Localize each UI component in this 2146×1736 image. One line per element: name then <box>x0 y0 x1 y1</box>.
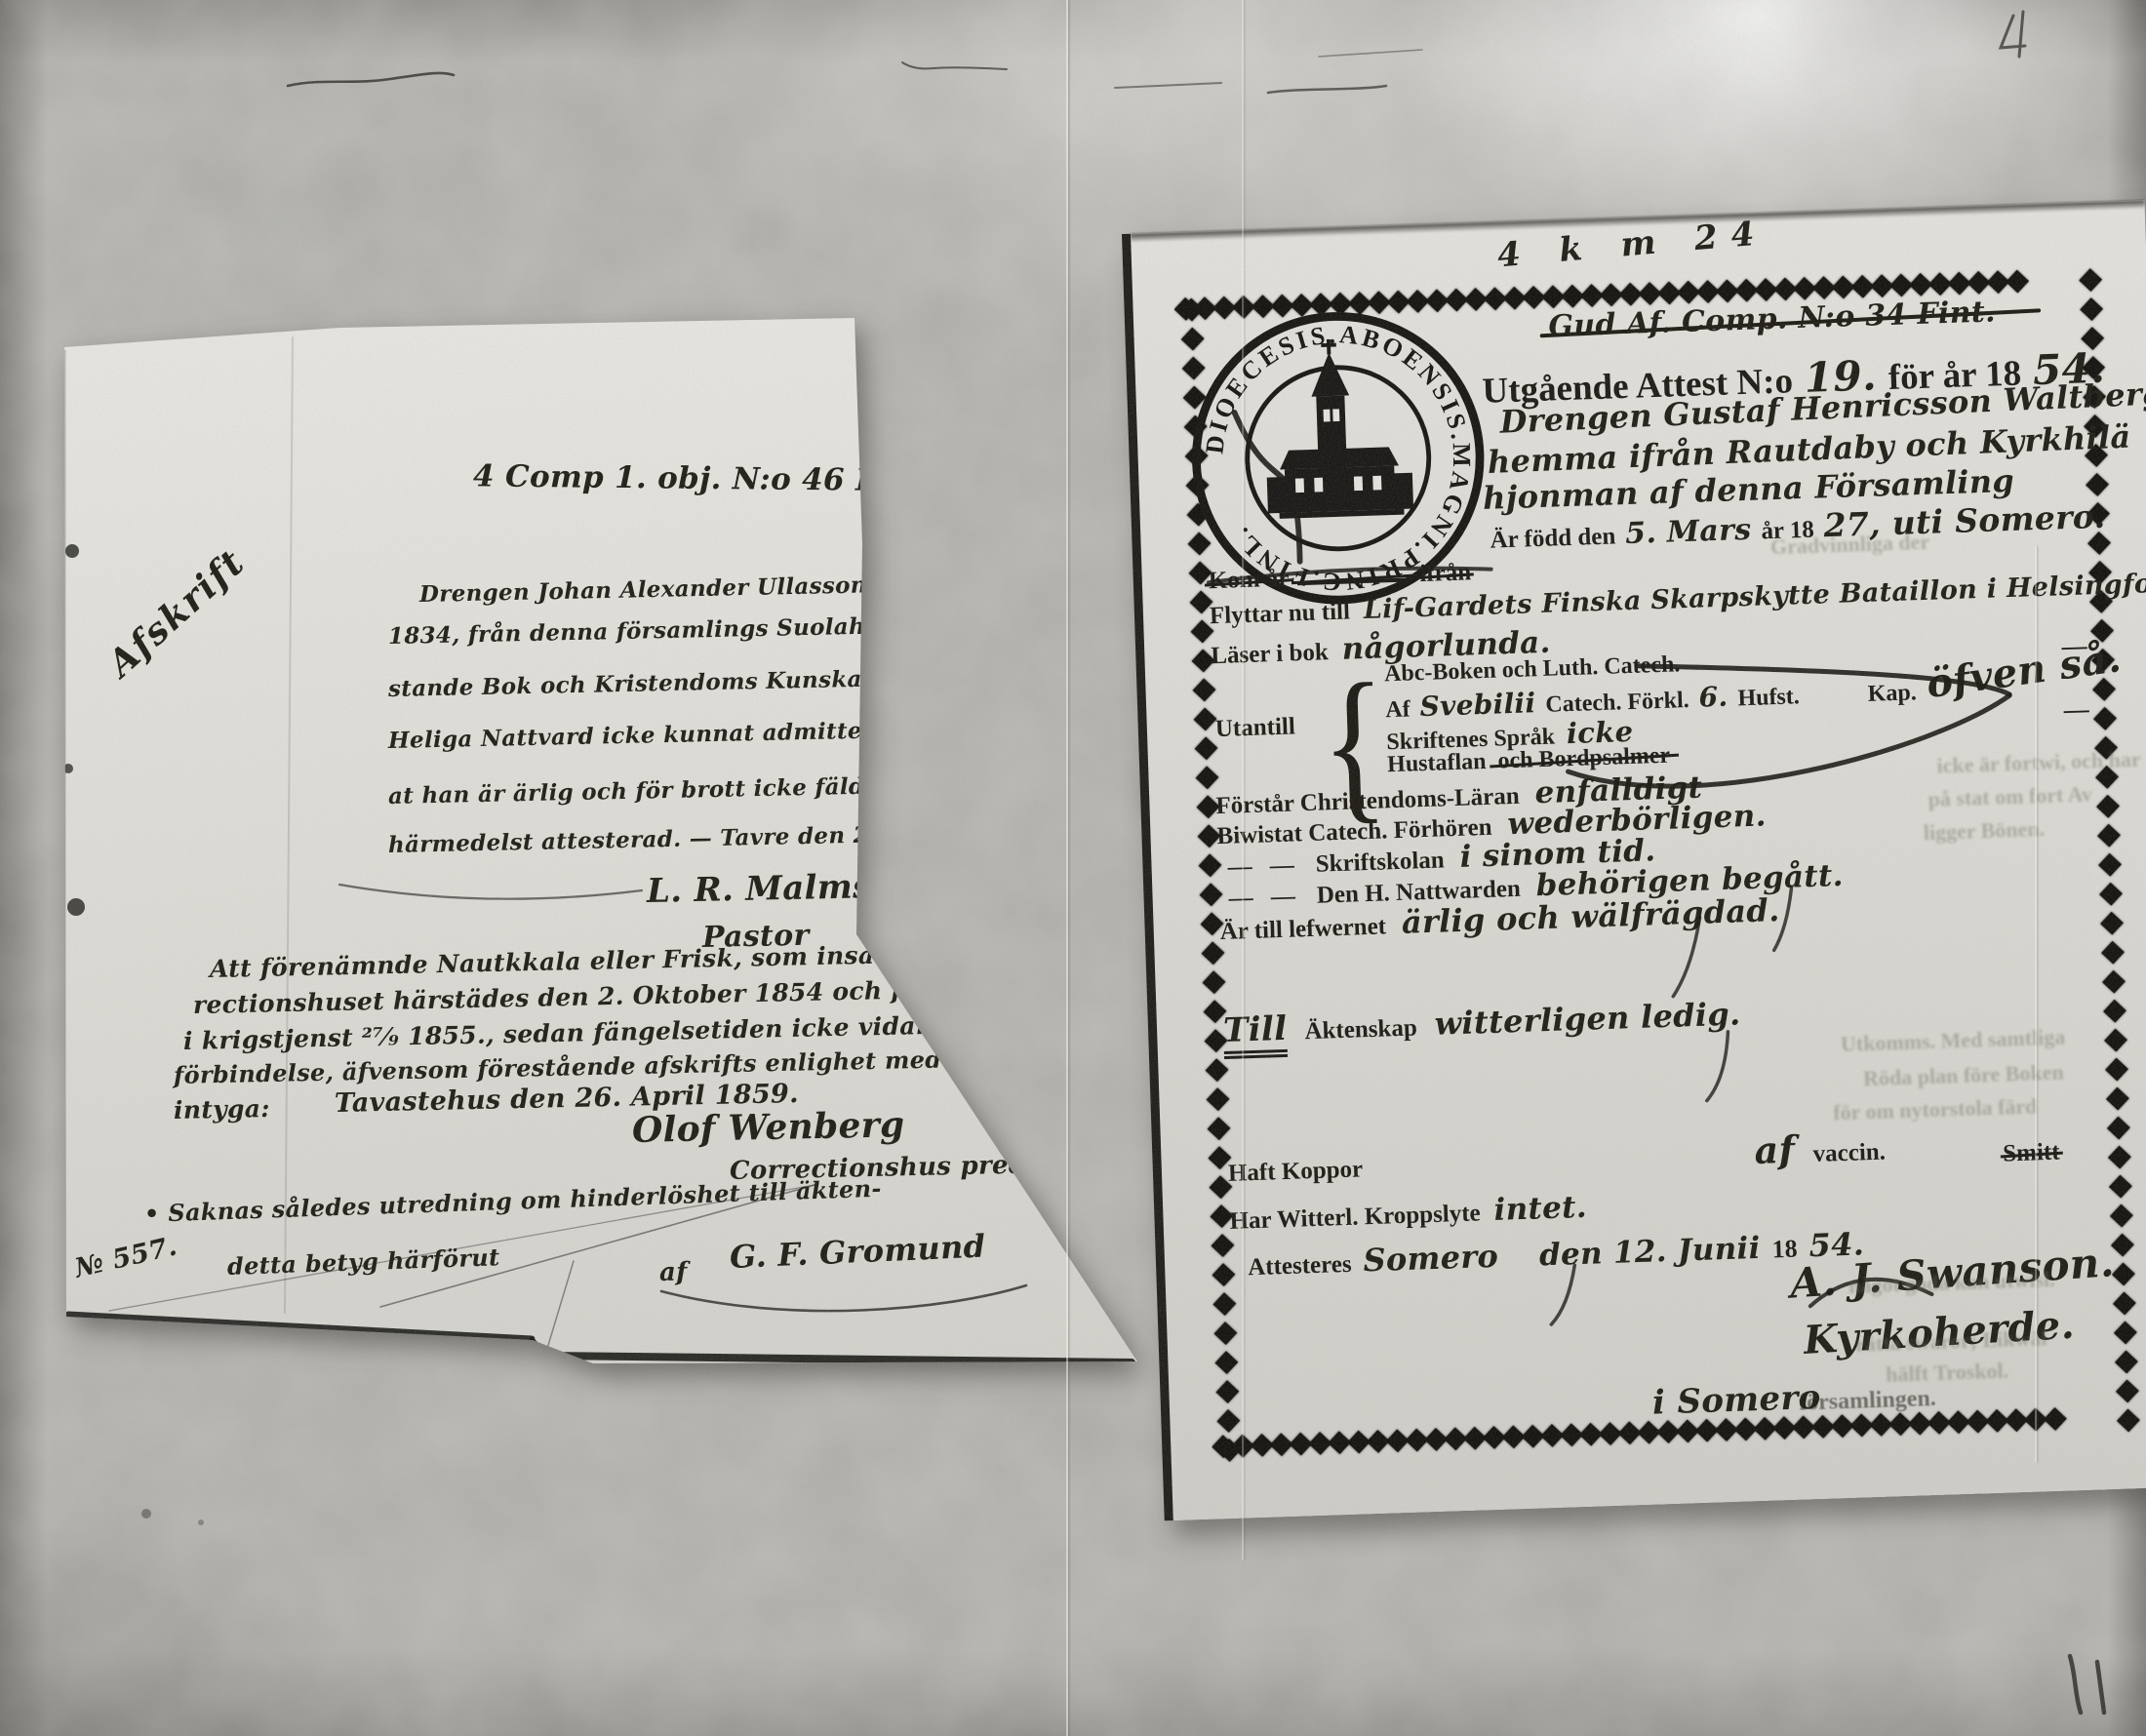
item4-struck-bordpsalmer: och Bordpsalmer <box>1497 743 1670 775</box>
bleed-through-text: för om nytorstola färd <box>1833 1093 2038 1125</box>
left-document-wrapper: 4 Comp 1. obj. N:o 46 Fr.Sk. Afskrift Dr… <box>47 310 1144 1388</box>
margin-dash: — <box>2061 631 2087 661</box>
left-corner-note: 4 Comp 1. obj. N:o 46 Fr.Sk. <box>473 458 956 498</box>
left-body2-line: Att förenämnde Nautkkala eller Frisk, so… <box>210 938 1014 983</box>
left-signature-1: L. R. Malmsten <box>647 866 934 911</box>
utantill-label: Utantill <box>1214 713 1295 743</box>
left-body1-line: stande Bok och Kristendoms Kunskap till … <box>388 662 1037 702</box>
attest-date-row: Attesteres Somero den 12. Junii 18 54. <box>1247 1225 1864 1282</box>
item2-handwritten-svebilii: Svebilii <box>1419 687 1536 723</box>
left-margin-label: Afskrift <box>99 540 253 685</box>
right-document: ◆◆◆◆◆◆◆◆◆◆◆◆◆◆◆◆◆◆◆◆◆◆◆◆◆◆◆◆◆◆◆◆◆◆◆◆◆◆◆◆… <box>1122 200 2146 1520</box>
blank-rule <box>1296 573 1411 585</box>
koppor-printed-vaccin: vaccin. <box>1812 1139 1886 1168</box>
item2-printed-catech: Catech. Förkl. <box>1545 688 1689 719</box>
margin-dash: — <box>2063 694 2089 725</box>
parish-handwritten: i Somero <box>1651 1378 1821 1423</box>
bleed-through-text: Utkomms. Med samtliga <box>1841 1024 2066 1057</box>
bleed-through-text: ligger Bönen. <box>1923 816 2045 846</box>
item2-printed-hufst: Hufst. <box>1737 684 1800 712</box>
left-body2-intyga: intyga: <box>174 1094 270 1124</box>
kroppslyte-row: Har Witterl. Kroppslyte intet. <box>1229 1190 1587 1237</box>
left-margin-number: № 557. <box>72 1231 180 1283</box>
attesteres-printed: Attesteres <box>1248 1251 1352 1282</box>
left-footnote-line2: detta betyg härförut <box>226 1243 499 1281</box>
ifran-printed: ifrån <box>1419 559 1472 588</box>
born-day-handwritten: 5. Mars <box>1625 513 1752 551</box>
item2-handwritten-6: 6. <box>1698 681 1729 714</box>
bleed-through-text: på stat om fort Av <box>1927 781 2092 812</box>
left-signature-3: G. F. Gromund <box>729 1228 986 1276</box>
aktenskap-printed: Äktenskap <box>1304 1014 1417 1046</box>
left-body1-line: 1834, från denna församlings Suolahti by… <box>388 609 1080 650</box>
left-body1-line: at han är ärlig och för brott icke fäld,… <box>388 771 971 809</box>
laser-printed: Läser i bok <box>1211 639 1329 670</box>
aktenskap-row: Till Äktenskap witterligen ledig. <box>1222 994 1741 1059</box>
bleed-through-text: något goda kan utwisl. <box>1848 1267 2055 1299</box>
item4-printed-hustaflan: Hustaflan <box>1387 749 1487 778</box>
item2-printed-af: Af <box>1385 696 1411 724</box>
photo-scan-canvas: 4 Comp 1. obj. N:o 46 Fr.Sk. Afskrift Dr… <box>0 0 2146 1736</box>
left-document: 4 Comp 1. obj. N:o 46 Fr.Sk. Afskrift Dr… <box>47 310 1144 1388</box>
footnote-bullet: • <box>143 1199 160 1228</box>
kroppslyte-printed: Har Witterl. Kroppslyte <box>1229 1200 1481 1236</box>
left-body1-line: Heliga Nattvard icke kunnat admitteras, … <box>388 713 1104 754</box>
seal-church-icon <box>1262 336 1413 519</box>
bleed-through-text: hälft Troskol. <box>1886 1359 2009 1388</box>
parish-printed-faint: församlingen. <box>1799 1386 1936 1417</box>
bleed-through-text: Gradvinnliga der <box>1770 530 1930 560</box>
lefwernet-printed: Är till lefwernet <box>1219 913 1386 946</box>
left-body1-line: härmedelst attesterad. — Tavre den 20. A… <box>388 817 1073 858</box>
kroppslyte-handwritten: intet. <box>1493 1190 1587 1228</box>
attest-day-handwritten: den 12. Junii <box>1538 1231 1761 1273</box>
item2-printed-kap: Kap. <box>1867 680 1917 708</box>
till-handwritten-underlined: Till <box>1222 1009 1288 1059</box>
bleed-through-text: rätta swaror; Likwäl <box>1855 1325 2047 1357</box>
koppor-handwritten-af: af <box>1754 1127 1796 1172</box>
koppor-printed: Haft Koppor <box>1228 1156 1364 1188</box>
footnote-text: Saknas således utredning om hinderlöshet… <box>168 1174 882 1228</box>
flyttar-printed: Flyttar nu till <box>1210 598 1351 630</box>
born-printed1: Är född den <box>1490 523 1616 554</box>
koppor-struck-smitt: Smitt <box>2003 1139 2060 1167</box>
left-footnote-af: af <box>659 1257 688 1287</box>
left-body1-line: Drengen Johan Alexander Ullasson Nautkka… <box>419 568 1082 608</box>
bleed-through-text: Röda plan före Boken <box>1863 1059 2064 1091</box>
kom-printed: Kom år <box>1208 566 1290 596</box>
aktenskap-handwritten: witterligen ledig. <box>1434 995 1741 1042</box>
left-footnote-line1: • Saknas således utredning om hinderlösh… <box>143 1174 882 1228</box>
attest-place-handwritten: Somero <box>1363 1238 1499 1280</box>
left-signature-2: Olof Wenberg <box>632 1104 905 1151</box>
